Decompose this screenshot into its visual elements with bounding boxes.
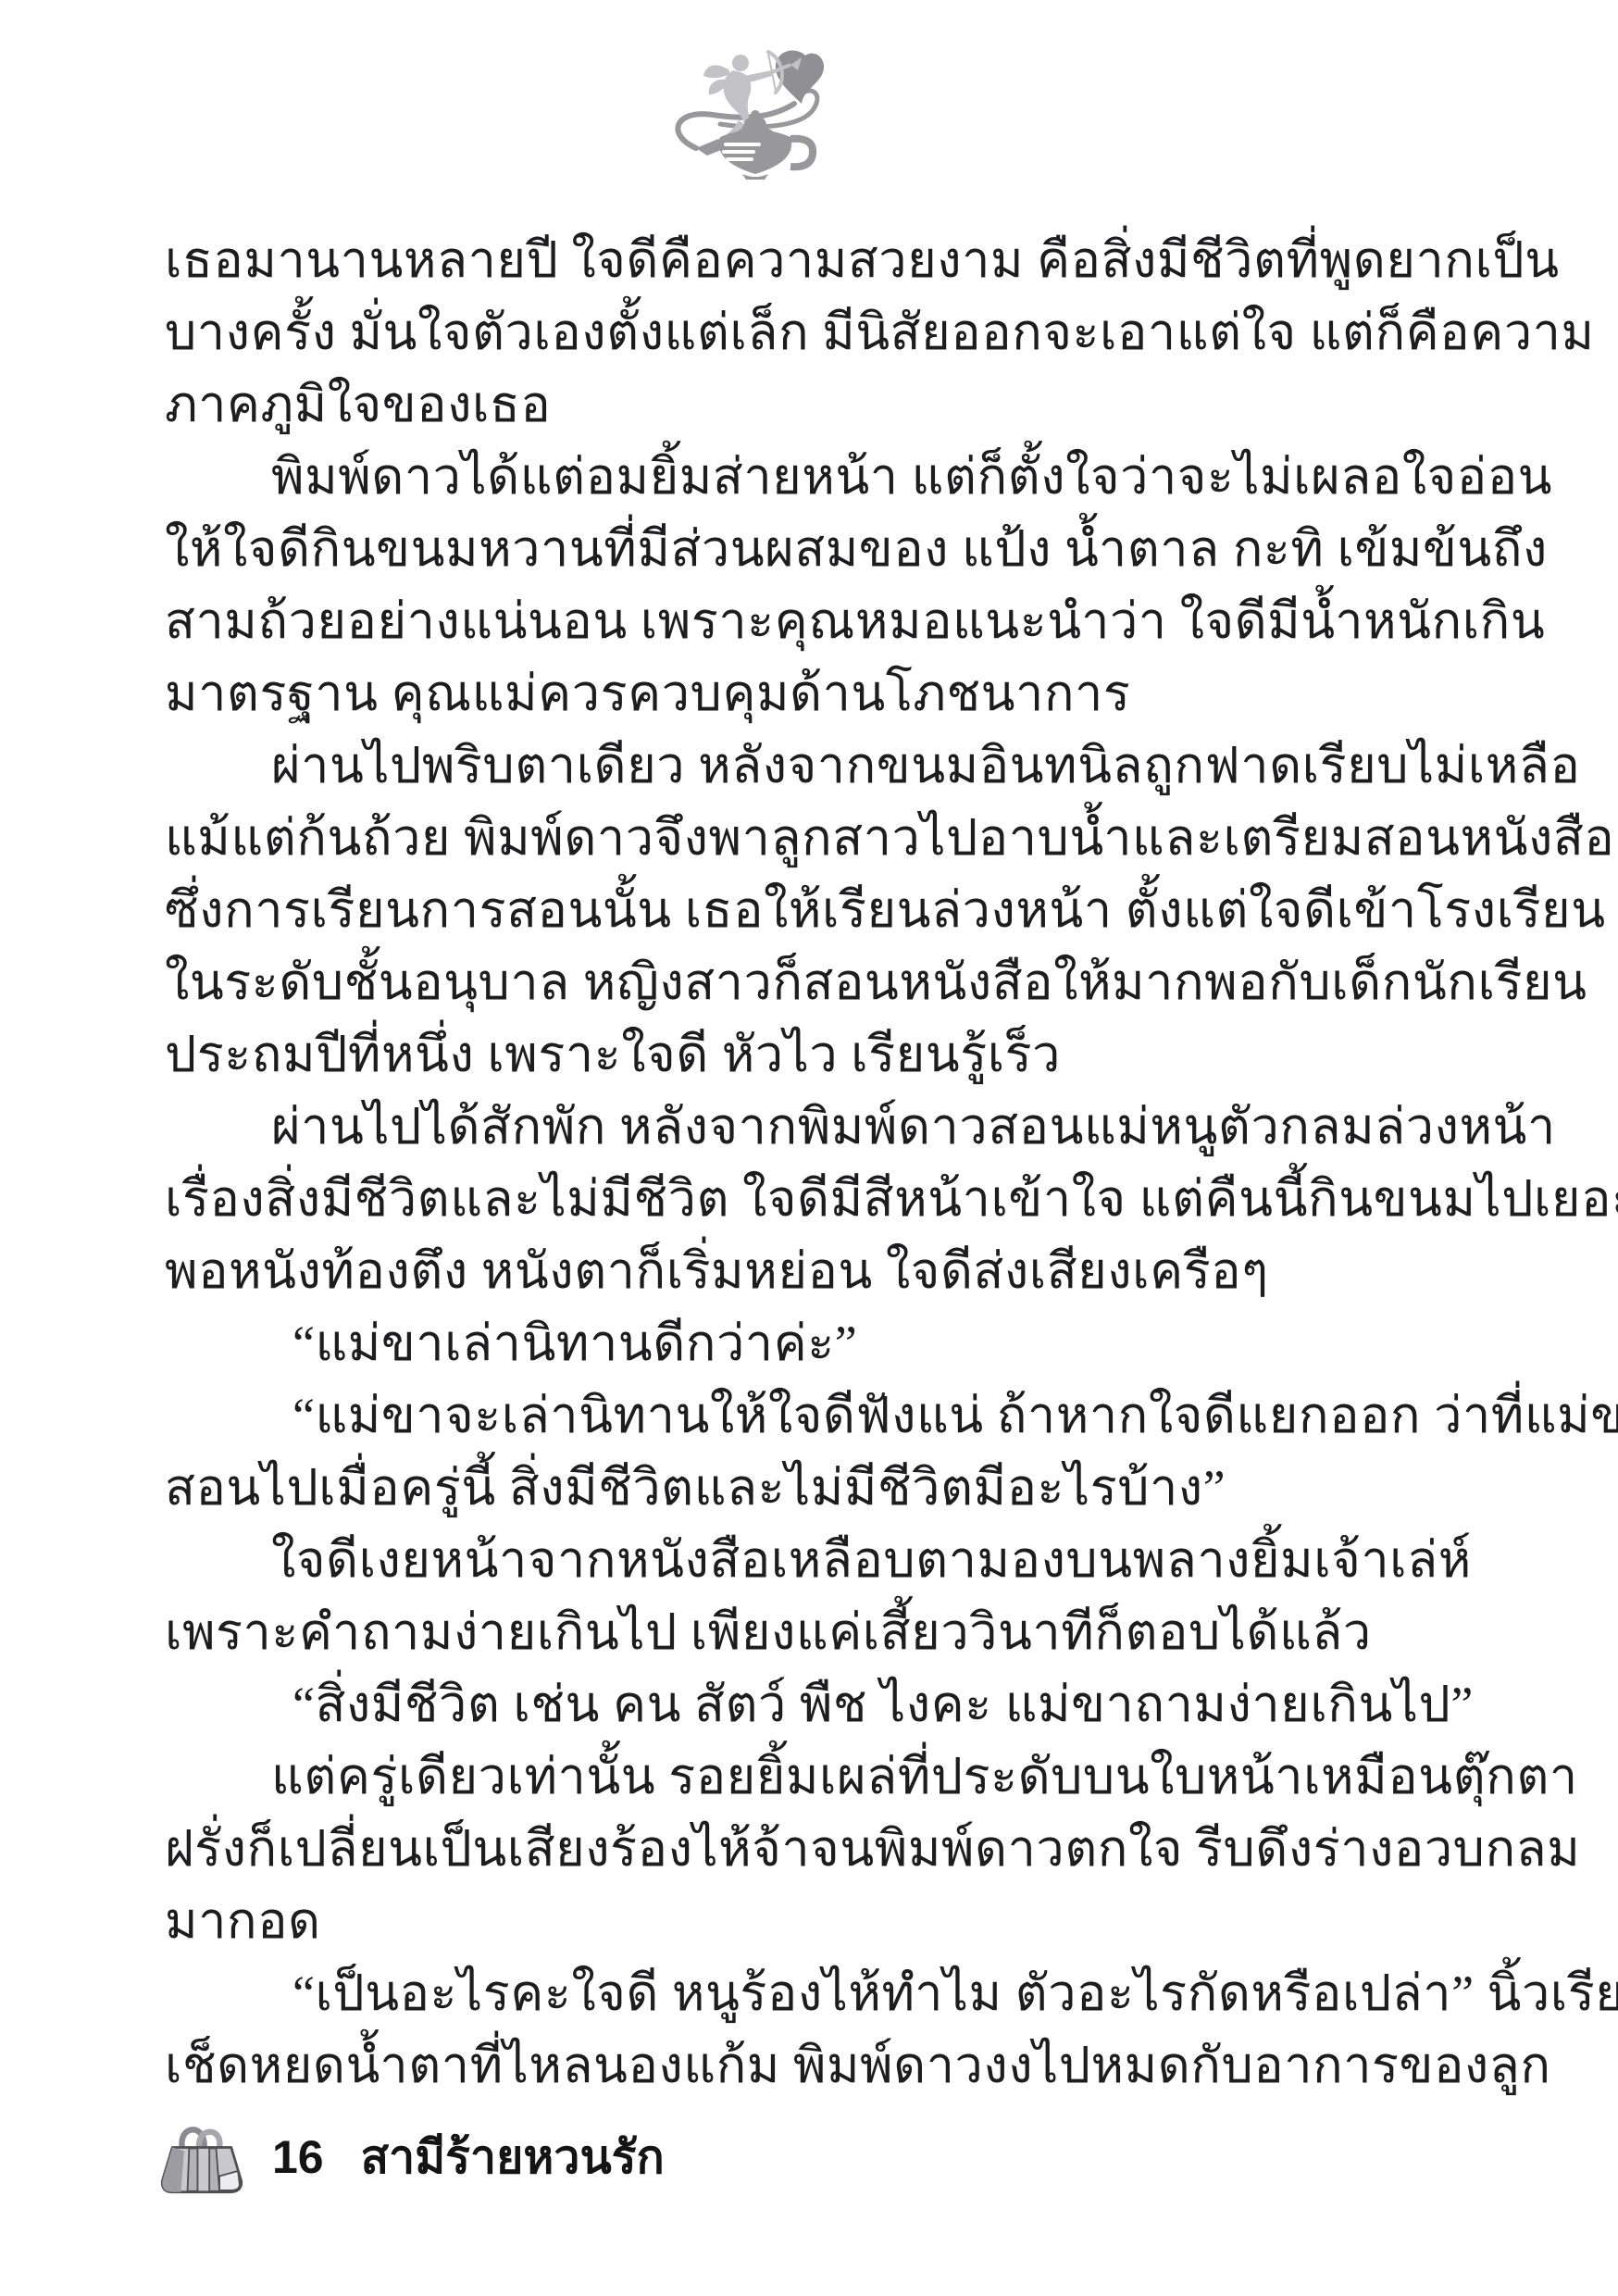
text-line: ให้ใจดีกินขนมหวานที่มีส่วนผสมของ แป้ง น้… [165,513,1368,585]
text-line: แต่ครู่เดียวเท่านั้น รอยยิ้มเผล่ที่ประดั… [165,1741,1368,1813]
text-line: มาตรฐาน คุณแม่ควรควบคุมด้านโภชนาการ [165,657,1368,730]
text-line: เพราะคำถามง่ายเกินไป เพียงแค่เสี้ยววินาท… [165,1596,1368,1668]
handbag-icon [156,2115,248,2200]
text-line: เรื่องสิ่งมีชีวิตและไม่มีชีวิต ใจดีมีสีห… [165,1163,1368,1235]
text-line: เช็ดหยดน้ำตาที่ไหลนองแก้ม พิมพ์ดาวงงไปหม… [165,2029,1368,2102]
text-line: ซึ่งการเรียนการสอนนั้น เธอให้เรียนล่วงหน… [165,874,1368,946]
dialog-line: “สิ่งมีชีวิต เช่น คน สัตว์ พืช ไงคะ แม่ข… [165,1668,1368,1741]
text-line: ประถมปีที่หนึ่ง เพราะใจดี หัวไว เรียนรู้… [165,1018,1368,1091]
dialog-line: “เป็นอะไรคะใจดี หนูร้องไห้ทำไม ตัวอะไรกั… [165,1957,1368,2029]
text-line: สามถ้วยอย่างแน่นอน เพราะคุณหมอแนะนำว่า ใ… [165,585,1368,657]
text-line: ผ่านไปได้สักพัก หลังจากพิมพ์ดาวสอนแม่หนู… [165,1091,1368,1163]
text-line: เธอมานานหลายปี ใจดีคือความสวยงาม คือสิ่ง… [165,224,1368,296]
text-line: ในระดับชั้นอนุบาล หญิงสาวก็สอนหนังสือให้… [165,946,1368,1018]
text-line: พอหนังท้องตึง หนังตาก็เริ่มหย่อน ใจดีส่ง… [165,1235,1368,1307]
text-line: มากอด [165,1885,1368,1957]
body-text: เธอมานานหลายปี ใจดีคือความสวยงาม คือสิ่ง… [165,224,1368,2102]
text-line: ใจดีเงยหน้าจากหนังสือเหลือบตามองบนพลางยิ… [165,1524,1368,1596]
text-line: พิมพ์ดาวได้แต่อมยิ้มส่ายหน้า แต่ก็ตั้งใจ… [165,441,1368,513]
text-line: บางครั้ง มั่นใจตัวเองตั้งแต่เล็ก มีนิสัย… [165,296,1368,368]
dialog-line: “แม่ขาเล่านิทานดีกว่าค่ะ” [165,1307,1368,1379]
dialog-line: สอนไปเมื่อครู่นี้ สิ่งมีชีวิตและไม่มีชีว… [165,1452,1368,1524]
text-line: ภาคภูมิใจของเธอ [165,368,1368,441]
text-line: แม้แต่ก้นถ้วย พิมพ์ดาวจึงพาลูกสาวไปอาบน้… [165,802,1368,874]
book-page: เธอมานานหลายปี ใจดีคือความสวยงาม คือสิ่ง… [0,0,1618,2296]
dialog-line: “แม่ขาจะเล่านิทานให้ใจดีฟังแน่ ถ้าหากใจด… [165,1379,1368,1452]
page-footer: 16 สามีร้ายหวนรัก [156,2113,665,2202]
book-title: สามีร้ายหวนรัก [361,2121,665,2194]
text-line: ฝรั่งก็เปลี่ยนเป็นเสียงร้องไห้จ้าจนพิมพ์… [165,1813,1368,1885]
text-line: ผ่านไปพริบตาเดียว หลังจากขนมอินทนิลถูกฟา… [165,730,1368,802]
page-number: 16 [272,2130,324,2184]
genie-lamp-cupid-icon [665,39,845,180]
